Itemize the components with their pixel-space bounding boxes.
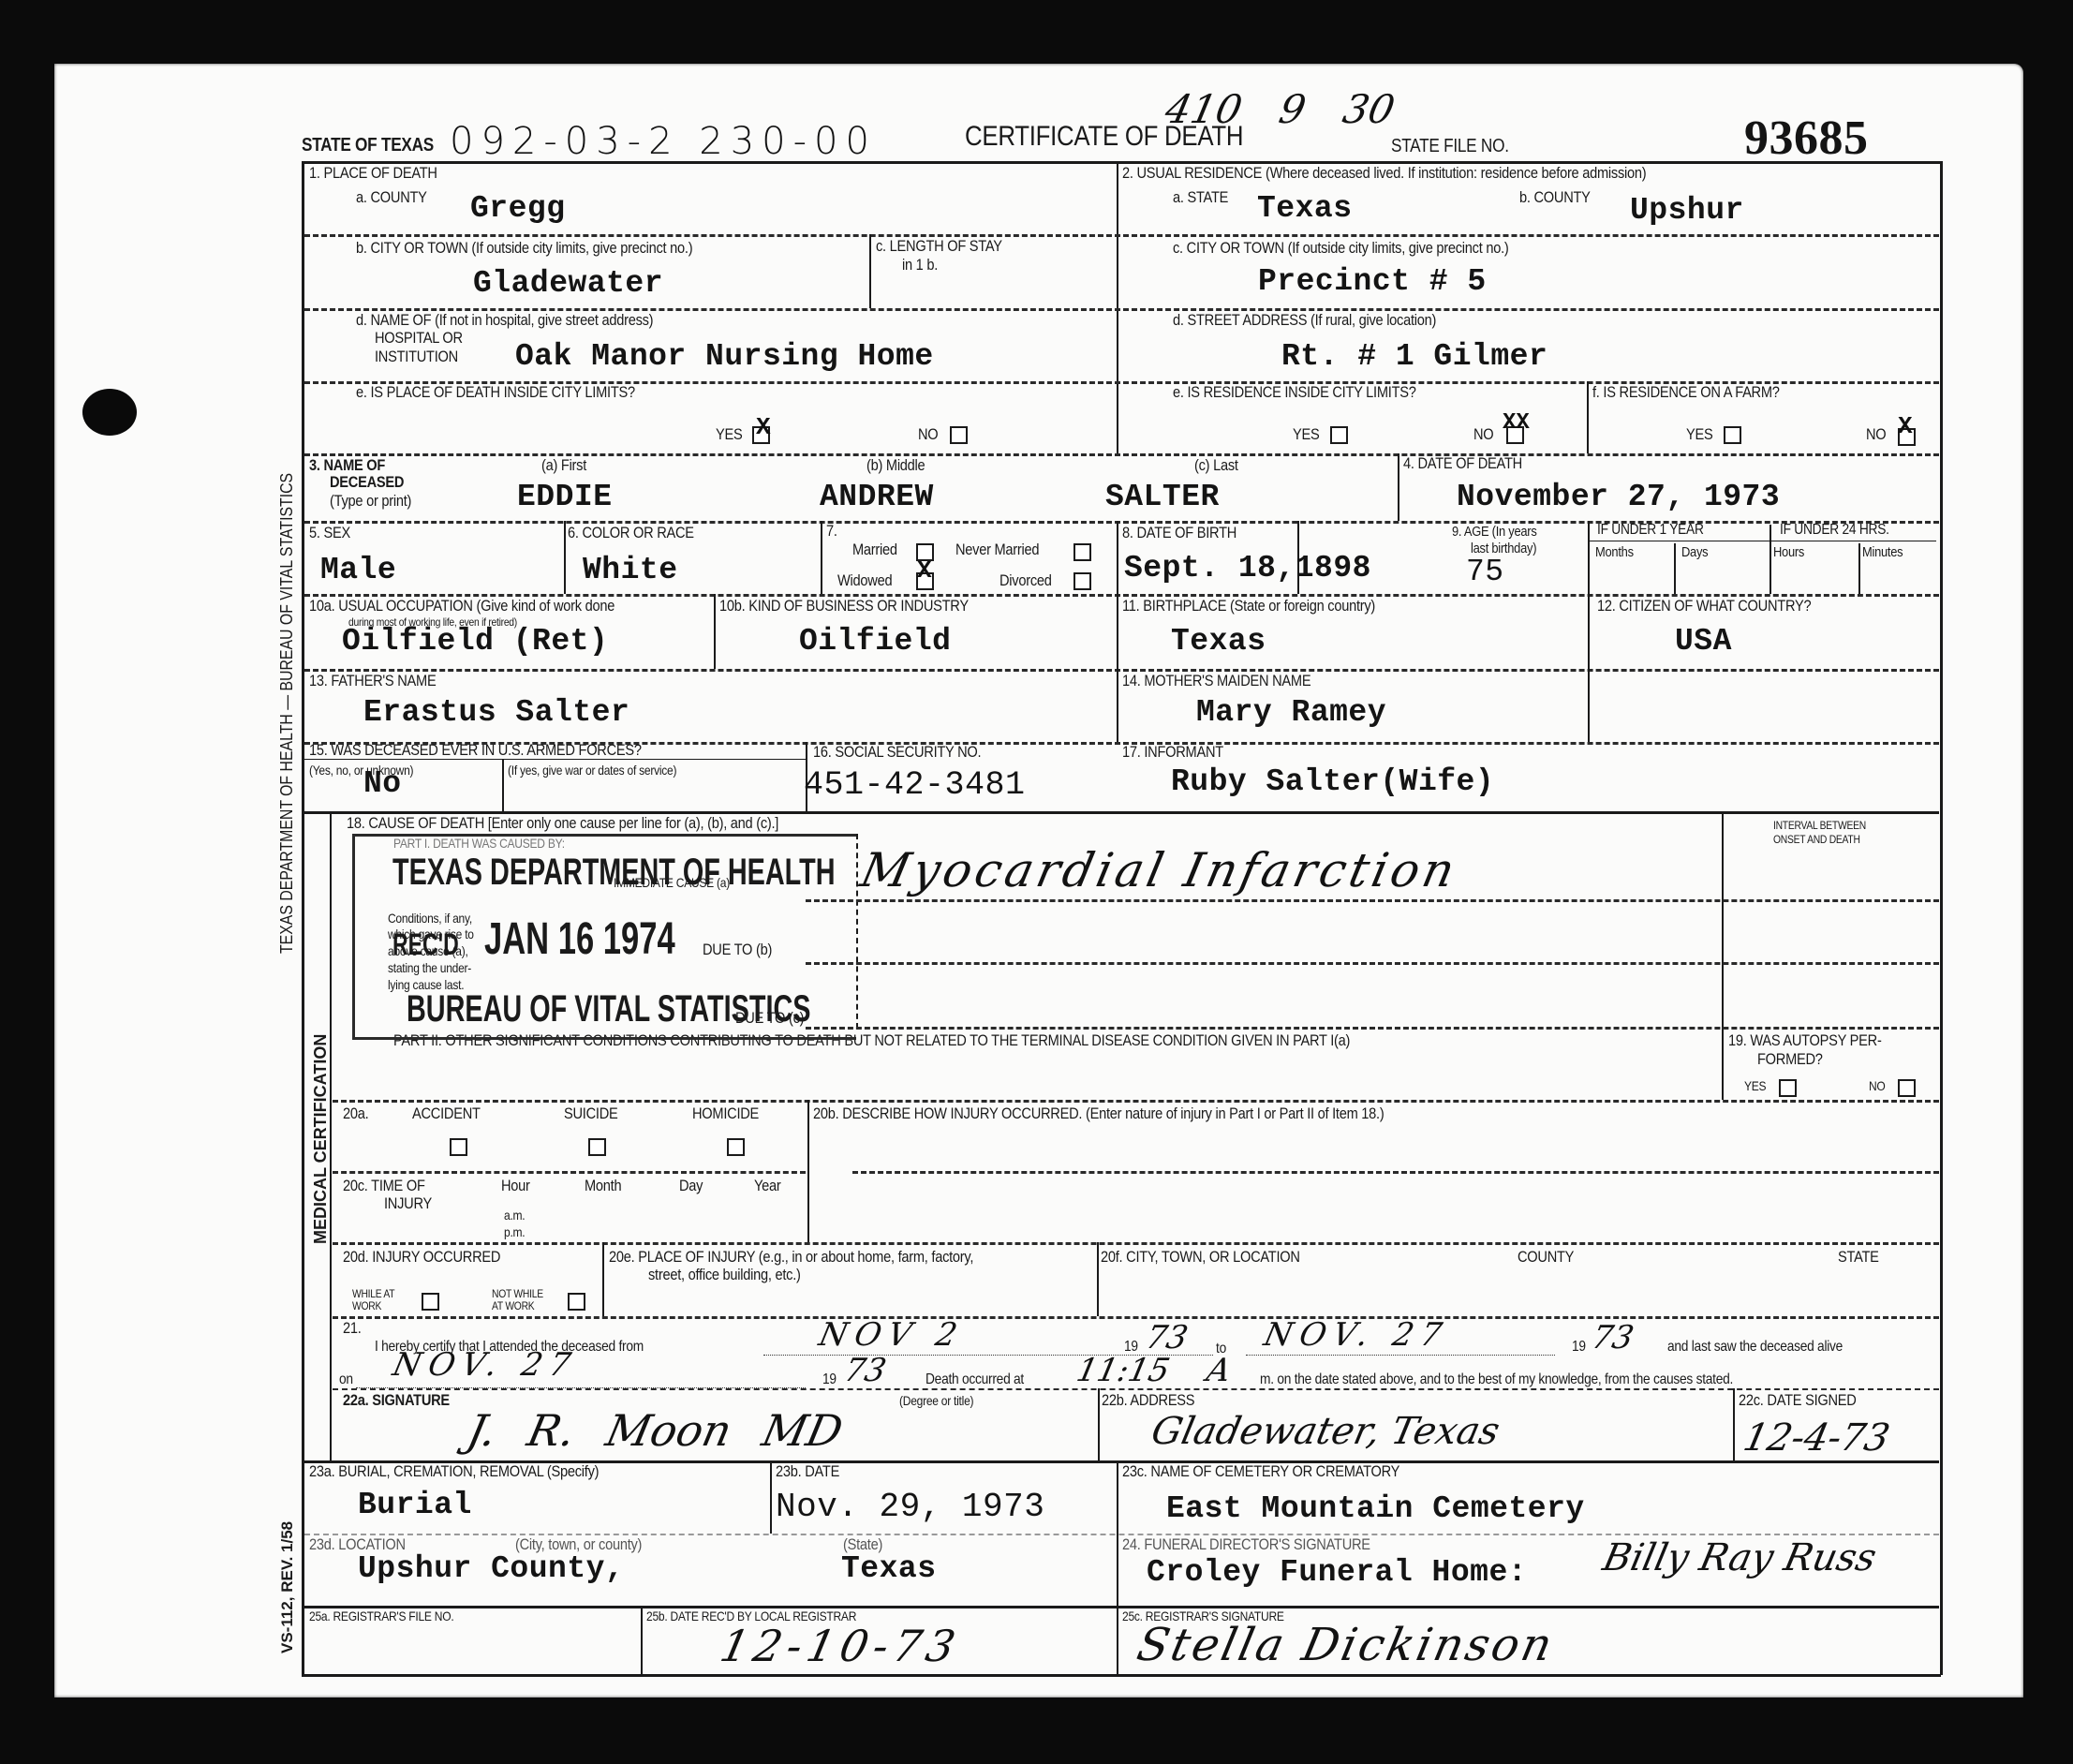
deceased-name-label: 3. NAME OF xyxy=(309,457,385,474)
deceased-name-label-2: DECEASED xyxy=(330,474,404,491)
residence-inside-city-yes-checkbox[interactable] xyxy=(1330,426,1348,444)
injury-20b-label: 20b. DESCRIBE HOW INJURY OCCURRED. (Ente… xyxy=(813,1105,1384,1122)
hours-label: Hours xyxy=(1773,545,1804,560)
institution-value[interactable]: Oak Manor Nursing Home xyxy=(515,339,934,374)
column-divider xyxy=(1588,521,1590,742)
last-name-label: (c) Last xyxy=(1194,457,1238,474)
column-divider xyxy=(1587,381,1589,453)
burial-value[interactable]: Burial xyxy=(358,1488,472,1522)
citizen-value[interactable]: USA xyxy=(1675,624,1732,659)
column-divider xyxy=(1117,521,1118,742)
column-divider xyxy=(770,1460,772,1534)
death-city-label: b. CITY OR TOWN (If outside city limits,… xyxy=(356,240,692,257)
business-label: 10b. KIND OF BUSINESS OR INDUSTRY xyxy=(719,598,969,615)
attended-to-value[interactable]: NOV. 27 xyxy=(1261,1316,1453,1354)
not-while-at-work-label-2: AT WORK xyxy=(492,1300,534,1312)
residence-farm-label: f. IS RESIDENCE ON A FARM? xyxy=(1592,384,1780,401)
date-of-death-value[interactable]: November 27, 1973 xyxy=(1457,480,1780,514)
month-label: Month xyxy=(585,1178,621,1194)
death-inside-city-label: e. IS PLACE OF DEATH INSIDE CITY LIMITS? xyxy=(356,384,635,401)
column-divider xyxy=(1117,1460,1118,1674)
months-label: Months xyxy=(1595,545,1634,560)
armed-forces-value[interactable]: No xyxy=(363,766,402,801)
death-county-value[interactable]: Gregg xyxy=(470,191,566,226)
year-prefix: 19 xyxy=(1572,1340,1586,1356)
residence-street-label: d. STREET ADDRESS (If rural, give locati… xyxy=(1173,312,1436,329)
institution-label: d. NAME OF (If not in hospital, give str… xyxy=(356,312,653,329)
never-married-label: Never Married xyxy=(955,541,1039,558)
stamp-agency: TEXAS DEPARTMENT OF HEALTH xyxy=(392,852,836,894)
residence-label: 2. USUAL RESIDENCE (Where deceased lived… xyxy=(1122,165,1646,182)
death-inside-city-mark: X xyxy=(756,413,771,441)
armed-forces-label: 15. WAS DECEASED EVER IN U.S. ARMED FORC… xyxy=(309,742,642,759)
yes-label: YES xyxy=(1744,1079,1766,1093)
column-divider xyxy=(602,1242,604,1316)
medical-certification-label: MEDICAL CERTIFICATION xyxy=(311,1034,331,1244)
column-divider xyxy=(714,594,716,669)
medical-certification-column xyxy=(330,811,332,1460)
burial-date-label: 23b. DATE xyxy=(776,1463,839,1480)
form-right-border xyxy=(1940,161,1943,1675)
burial-date-value[interactable]: Nov. 29, 1973 xyxy=(776,1488,1044,1526)
certification-text-3: m. on the date stated above, and to the … xyxy=(1260,1372,1733,1388)
yes-label: YES xyxy=(1686,426,1712,443)
institution-label-3: INSTITUTION xyxy=(375,348,458,365)
race-value[interactable]: White xyxy=(583,553,678,587)
address-label: 22b. ADDRESS xyxy=(1102,1392,1194,1409)
year-prefix: 19 xyxy=(822,1372,837,1388)
attended-to-year[interactable]: 73 xyxy=(1589,1319,1637,1356)
dob-value[interactable]: Sept. 18,1898 xyxy=(1124,551,1371,586)
day-label: Day xyxy=(679,1178,703,1194)
cause-of-death-label: 18. CAUSE OF DEATH [Enter only one cause… xyxy=(347,815,778,832)
minutes-label: Minutes xyxy=(1862,545,1903,560)
physician-signature[interactable]: J. R. Moon MD xyxy=(463,1405,847,1456)
registrar-file-label: 25a. REGISTRAR'S FILE NO. xyxy=(309,1609,453,1623)
divorced-label: Divorced xyxy=(999,572,1052,589)
column-divider xyxy=(1398,453,1399,521)
cause-line-b xyxy=(806,962,1939,965)
injury-20a-label: 20a. xyxy=(343,1105,368,1122)
row-line xyxy=(333,1388,1939,1390)
column-divider xyxy=(1117,161,1118,453)
agency-vertical-label: TEXAS DEPARTMENT OF HEALTH — BUREAU OF V… xyxy=(277,473,297,954)
days-label: Days xyxy=(1681,545,1708,560)
state-of-texas-label: STATE OF TEXAS xyxy=(302,136,434,156)
date-of-death-label: 4. DATE OF DEATH xyxy=(1403,455,1522,472)
column-divider xyxy=(1098,1388,1100,1460)
stamp-recd-label: REC'D xyxy=(392,927,459,962)
residence-city-label: c. CITY OR TOWN (If outside city limits,… xyxy=(1173,240,1508,257)
citizen-label: 12. CITIZEN OF WHAT COUNTRY? xyxy=(1597,598,1811,615)
row-line xyxy=(333,1100,1939,1103)
residence-street-value[interactable]: Rt. # 1 Gilmer xyxy=(1281,339,1547,374)
not-while-at-work-checkbox[interactable] xyxy=(568,1293,585,1311)
length-of-stay-sub: in 1 b. xyxy=(902,257,938,274)
suicide-checkbox[interactable] xyxy=(588,1138,606,1156)
hole-punch xyxy=(82,389,137,436)
residence-city-value[interactable]: Precinct # 5 xyxy=(1258,264,1487,299)
pm-label: p.m. xyxy=(504,1225,525,1239)
last-seen-year[interactable]: 73 xyxy=(841,1352,890,1389)
injury-20c-label-2: INJURY xyxy=(384,1195,432,1212)
institution-label-2: HOSPITAL OR xyxy=(375,330,463,347)
certification-21-label: 21. xyxy=(343,1320,362,1337)
no-label: NO xyxy=(1866,426,1886,443)
accident-checkbox[interactable] xyxy=(450,1138,467,1156)
date-signed-label: 22c. DATE SIGNED xyxy=(1739,1392,1857,1409)
residence-inside-city-label: e. IS RESIDENCE INSIDE CITY LIMITS? xyxy=(1173,384,1416,401)
ssn-label: 16. SOCIAL SECURITY NO. xyxy=(813,744,981,761)
cemetery-value[interactable]: East Mountain Cemetery xyxy=(1166,1491,1585,1526)
column-divider xyxy=(502,759,504,811)
business-value[interactable]: Oilfield xyxy=(799,624,951,659)
length-of-stay-label: c. LENGTH OF STAY xyxy=(876,238,1002,255)
funeral-director-label: 24. FUNERAL DIRECTOR'S SIGNATURE xyxy=(1122,1536,1370,1553)
mother-value[interactable]: Mary Ramey xyxy=(1196,695,1386,730)
state-number: 092-03-2 230-00 xyxy=(450,120,877,163)
injury-20c-label: 20c. TIME OF xyxy=(343,1178,425,1194)
no-label: NO xyxy=(1473,426,1493,443)
on-label: on xyxy=(339,1372,353,1388)
date-signed-value[interactable]: 12-4-73 xyxy=(1740,1416,1893,1460)
under-24h-label: IF UNDER 24 HRS. xyxy=(1780,523,1889,539)
injury-20e-label-2: street, office building, etc.) xyxy=(648,1267,801,1283)
informant-label: 17. INFORMANT xyxy=(1122,744,1223,761)
stamp-date: JAN 16 1974 xyxy=(484,913,675,965)
handwritten-code: 410 9 30 xyxy=(1162,86,1399,132)
death-inside-city-no-checkbox[interactable] xyxy=(950,426,968,444)
no-label: NO xyxy=(918,426,938,443)
first-name-label: (a) First xyxy=(541,457,586,474)
occupation-label: 10a. USUAL OCCUPATION (Give kind of work… xyxy=(309,598,614,615)
under-line xyxy=(1590,541,1936,541)
row-line xyxy=(333,1316,1939,1319)
physician-address[interactable]: Gladewater, Texas xyxy=(1148,1410,1503,1453)
cause-line-c xyxy=(806,1027,1939,1030)
under-line xyxy=(304,759,806,760)
middle-name-label: (b) Middle xyxy=(866,457,925,474)
column-divider xyxy=(1722,811,1724,1100)
homicide-checkbox[interactable] xyxy=(727,1138,745,1156)
while-at-work-label: WHILE AT xyxy=(352,1288,394,1300)
married-label: Married xyxy=(852,541,897,558)
divorced-checkbox[interactable] xyxy=(1074,572,1091,590)
stamp-bureau: BUREAU OF VITAL STATISTICS xyxy=(407,988,810,1030)
marital-label: 7. xyxy=(826,523,837,540)
death-time-value[interactable]: 11:15 A xyxy=(1074,1352,1235,1389)
row-line xyxy=(333,1171,806,1174)
injury-20d-label: 20d. INJURY OCCURRED xyxy=(343,1249,500,1266)
state-file-number: 93685 xyxy=(1744,111,1869,166)
death-city-value[interactable]: Gladewater xyxy=(473,266,663,301)
yes-label: YES xyxy=(1293,426,1319,443)
while-at-work-label-2: WORK xyxy=(352,1300,381,1312)
column-divider xyxy=(821,521,822,594)
column-divider xyxy=(641,1606,643,1674)
funeral-home-value[interactable]: Croley Funeral Home: xyxy=(1147,1555,1527,1590)
first-name-value[interactable]: EDDIE xyxy=(517,480,613,514)
column-divider xyxy=(1858,543,1860,594)
injury-state-label: STATE xyxy=(1838,1249,1879,1266)
birthplace-value[interactable]: Texas xyxy=(1171,624,1266,659)
burial-label: 23a. BURIAL, CREMATION, REMOVAL (Specify… xyxy=(309,1463,599,1480)
column-divider xyxy=(807,1100,809,1242)
date-recd-value[interactable]: 12-10-73 xyxy=(716,1621,965,1671)
form-top-border xyxy=(302,161,1941,164)
age-label: 9. AGE (In years xyxy=(1452,525,1537,540)
residence-inside-city-mark: XX xyxy=(1503,410,1530,436)
sex-value[interactable]: Male xyxy=(320,553,396,587)
age-value[interactable]: 75 xyxy=(1466,555,1504,589)
accident-label: ACCIDENT xyxy=(412,1105,481,1122)
never-married-checkbox[interactable] xyxy=(1074,543,1091,561)
cause-line-a xyxy=(806,899,1939,902)
injury-20f-label: 20f. CITY, TOWN, OR LOCATION xyxy=(1101,1249,1300,1266)
while-at-work-checkbox[interactable] xyxy=(422,1293,439,1311)
death-county-label: a. COUNTY xyxy=(356,189,427,206)
form-left-border xyxy=(302,161,304,1675)
father-label: 13. FATHER'S NAME xyxy=(309,673,436,689)
dotted-line xyxy=(1246,1355,1555,1356)
residence-state-value[interactable]: Texas xyxy=(1257,191,1353,226)
yes-label: YES xyxy=(716,426,742,443)
place-of-death-label: 1. PLACE OF DEATH xyxy=(309,165,437,182)
column-divider xyxy=(564,521,566,594)
birthplace-label: 11. BIRTHPLACE (State or foreign country… xyxy=(1122,598,1375,615)
column-divider xyxy=(1769,525,1771,594)
no-label: NO xyxy=(1869,1079,1886,1093)
interval-label: INTERVAL BETWEEN xyxy=(1773,820,1866,832)
widowed-mark: X xyxy=(917,556,932,585)
residence-county-label: b. COUNTY xyxy=(1519,189,1591,206)
last-name-value[interactable]: SALTER xyxy=(1105,480,1220,514)
attended-from-value[interactable]: NOV 2 xyxy=(816,1316,969,1354)
mother-label: 14. MOTHER'S MAIDEN NAME xyxy=(1122,673,1310,689)
location-state-value[interactable]: Texas xyxy=(841,1551,937,1586)
form-bottom-border xyxy=(302,1674,1941,1677)
dob-label: 8. DATE OF BIRTH xyxy=(1122,525,1236,541)
form-number-label: VS-112, REV. 1/58 xyxy=(278,1521,297,1653)
occupation-value[interactable]: Oilfield (Ret) xyxy=(342,624,608,659)
immediate-cause-value[interactable]: Myocardial Infarction xyxy=(856,843,1463,897)
column-divider xyxy=(1674,543,1676,594)
cemetery-label: 23c. NAME OF CEMETERY OR CREMATORY xyxy=(1122,1463,1399,1480)
autopsy-label: 19. WAS AUTOPSY PER- xyxy=(1728,1032,1882,1049)
father-value[interactable]: Erastus Salter xyxy=(363,695,629,730)
interval-label-2: ONSET AND DEATH xyxy=(1773,834,1860,846)
am-label: a.m. xyxy=(504,1208,525,1223)
under-1yr-label: IF UNDER 1 YEAR xyxy=(1597,523,1704,539)
column-divider xyxy=(1733,1388,1735,1460)
location-city-value[interactable]: Upshur County, xyxy=(358,1551,624,1586)
funeral-director-signature[interactable]: Billy Ray Russ xyxy=(1599,1536,1880,1579)
residence-state-label: a. STATE xyxy=(1173,189,1228,206)
ssn-value[interactable]: 451-42-3481 xyxy=(804,766,1026,804)
received-stamp: TEXAS DEPARTMENT OF HEALTH REC'D JAN 16 … xyxy=(352,834,856,1040)
year-label: Year xyxy=(754,1178,781,1194)
informant-value[interactable]: Ruby Salter(Wife) xyxy=(1171,764,1494,799)
hour-label: Hour xyxy=(501,1178,530,1194)
column-divider xyxy=(856,834,858,1029)
row-line xyxy=(852,1171,1939,1174)
registrar-signature[interactable]: Stella Dickinson xyxy=(1133,1619,1560,1671)
sex-label: 5. SEX xyxy=(309,525,350,541)
residence-county-value[interactable]: Upshur xyxy=(1630,193,1744,228)
residence-farm-yes-checkbox[interactable] xyxy=(1724,426,1741,444)
certification-text-2: and last saw the deceased alive xyxy=(1667,1340,1843,1356)
row-line xyxy=(304,234,1939,237)
death-occurred-label: Death occurred at xyxy=(925,1372,1024,1388)
armed-forces-sub2: (If yes, give war or dates of service) xyxy=(508,763,676,778)
degree-label: (Degree or title) xyxy=(899,1394,973,1408)
state-file-label: STATE FILE NO. xyxy=(1391,137,1509,156)
column-divider xyxy=(869,234,871,308)
attended-from-year[interactable]: 73 xyxy=(1143,1319,1192,1356)
autopsy-label-2: FORMED? xyxy=(1757,1051,1823,1068)
injury-county-label: COUNTY xyxy=(1518,1249,1574,1266)
row-line xyxy=(333,1242,1939,1245)
middle-name-value[interactable]: ANDREW xyxy=(820,480,934,514)
widowed-label: Widowed xyxy=(837,572,892,589)
signature-label: 22a. SIGNATURE xyxy=(343,1392,450,1409)
column-divider xyxy=(1097,1242,1099,1316)
homicide-label: HOMICIDE xyxy=(692,1105,759,1122)
deceased-name-label-3: (Type or print) xyxy=(330,493,411,510)
not-while-at-work-label: NOT WHILE xyxy=(492,1288,543,1300)
injury-20e-label: 20e. PLACE OF INJURY (e.g., in or about … xyxy=(609,1249,973,1266)
suicide-label: SUICIDE xyxy=(564,1105,617,1122)
autopsy-no-checkbox[interactable] xyxy=(1898,1079,1916,1097)
autopsy-yes-checkbox[interactable] xyxy=(1779,1079,1797,1097)
last-seen-value[interactable]: NOV. 27 xyxy=(390,1346,582,1384)
residence-farm-mark: X xyxy=(1898,412,1913,440)
race-label: 6. COLOR OR RACE xyxy=(568,525,694,541)
